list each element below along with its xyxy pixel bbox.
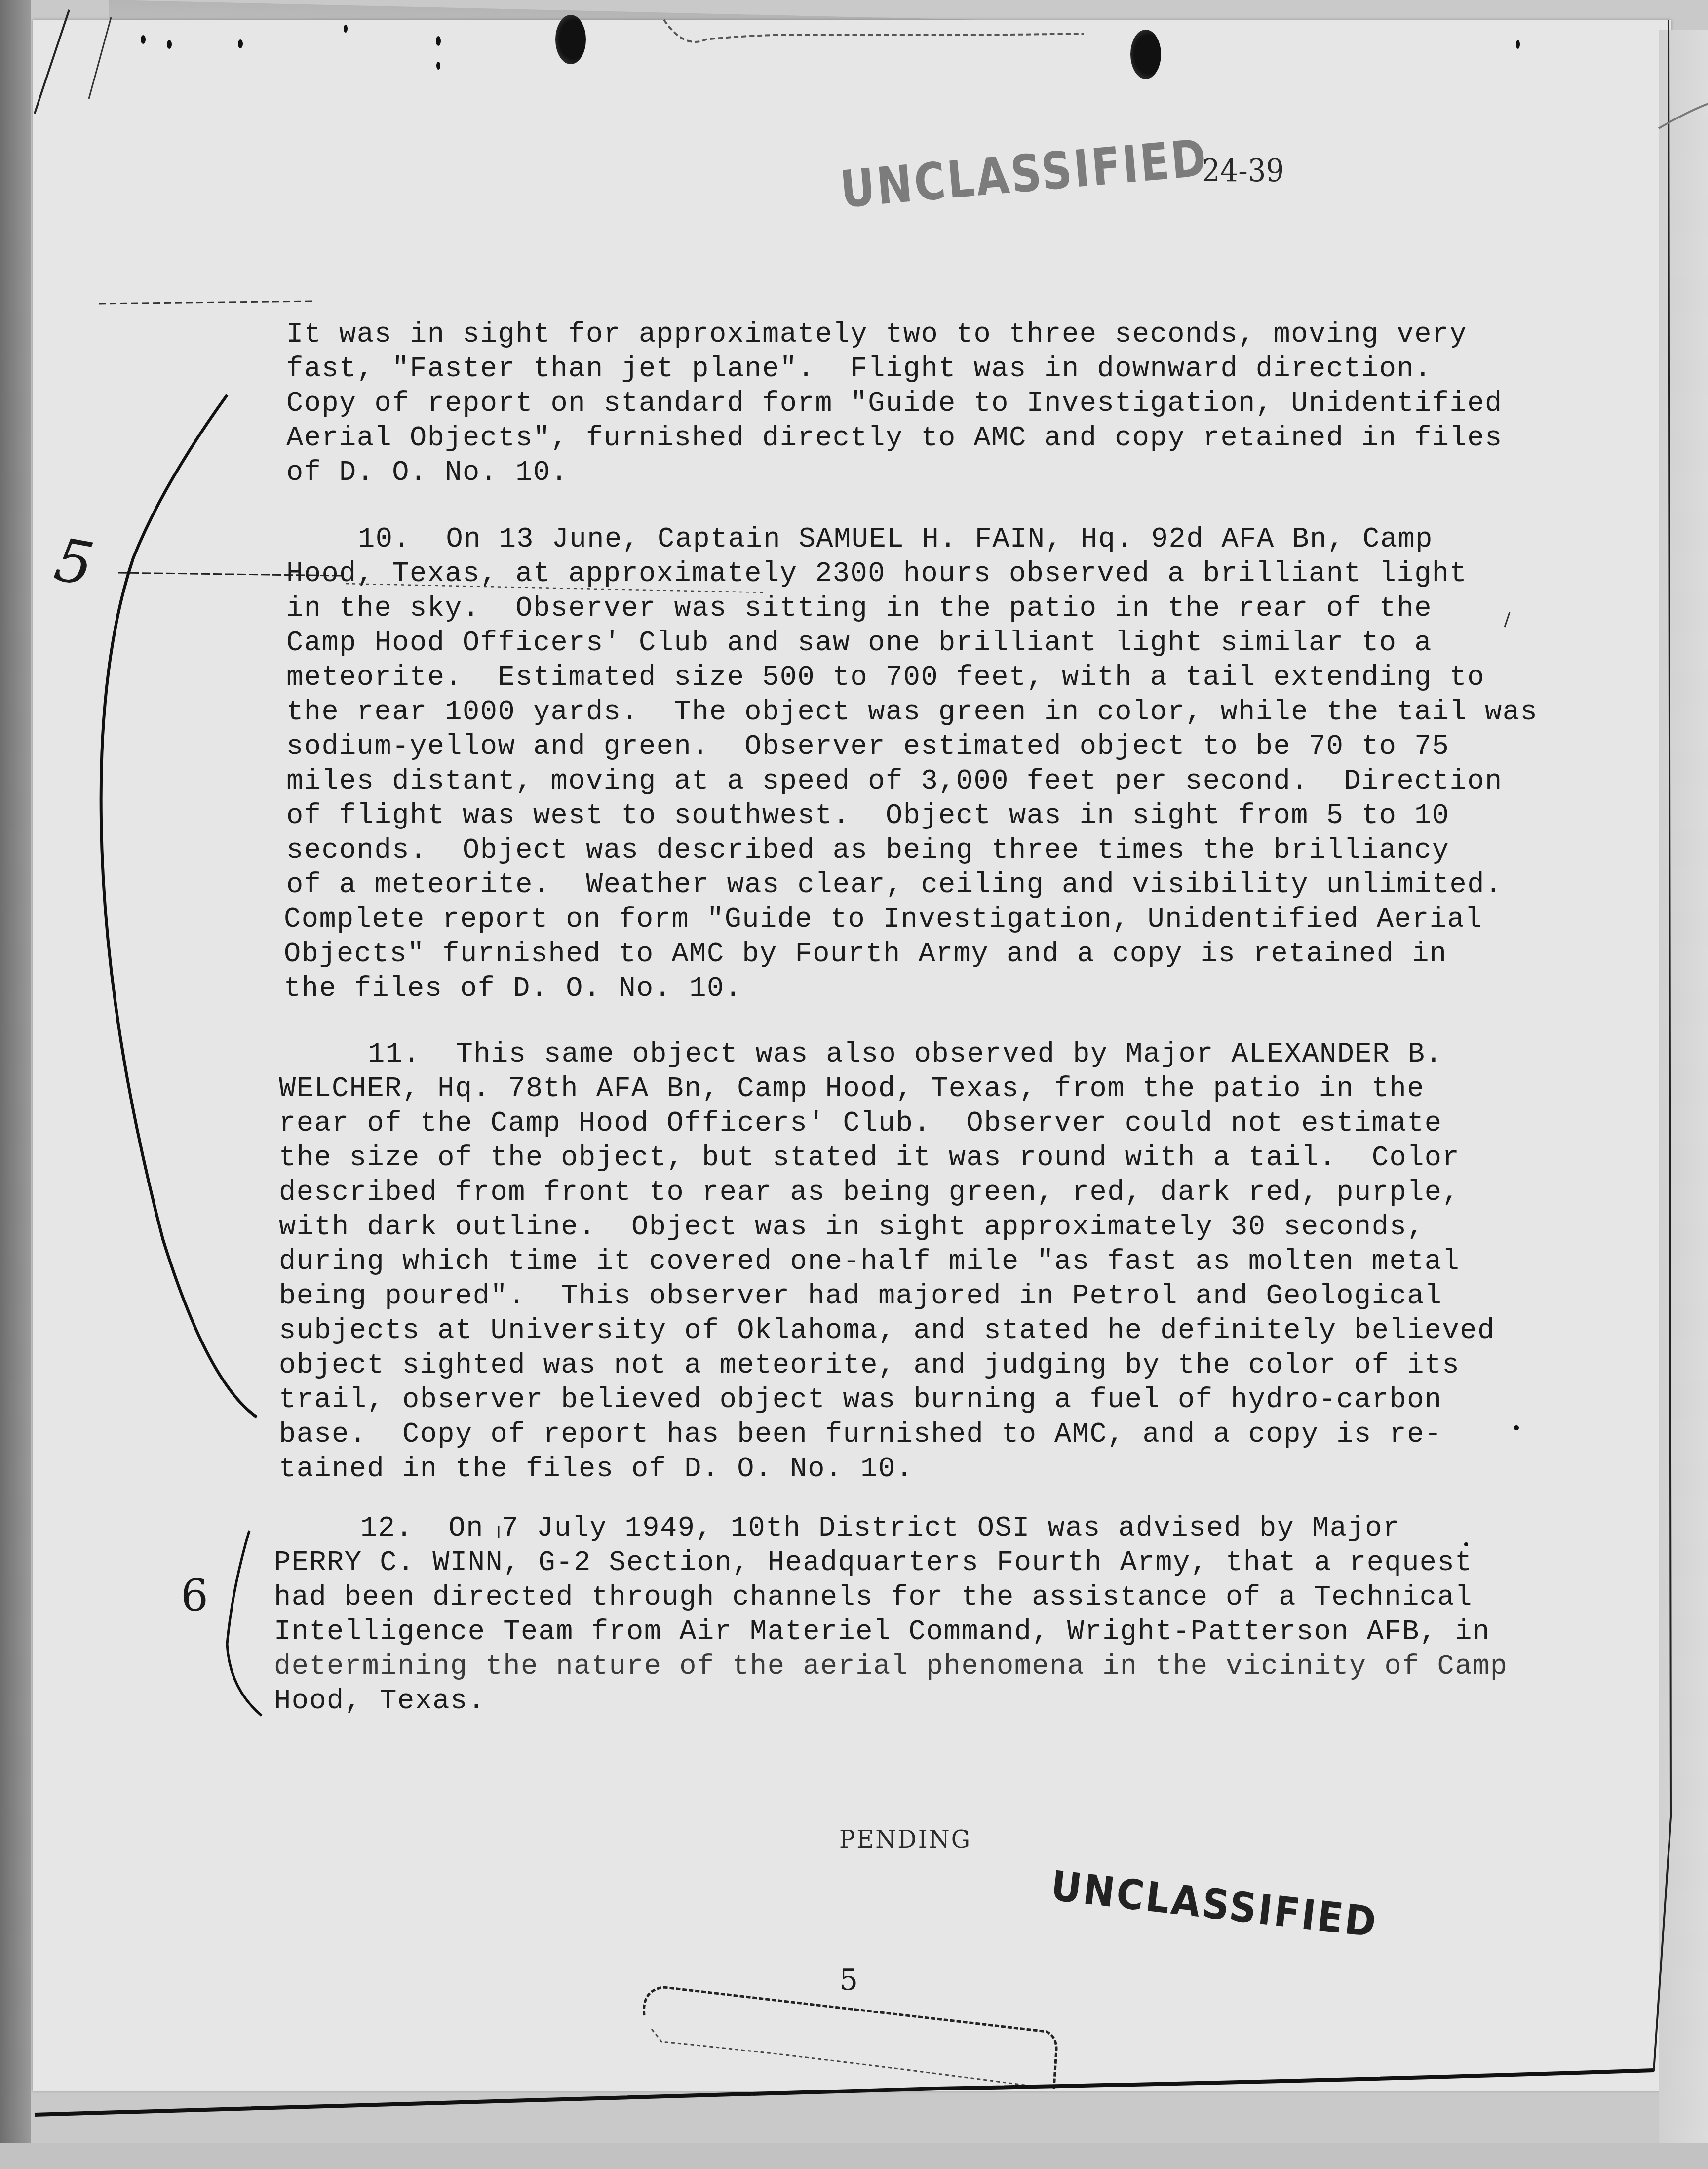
text-line: 11. This same object was also observed b… bbox=[368, 1041, 1443, 1069]
hole-punch-right bbox=[1130, 30, 1161, 79]
text-line: Camp Hood Officers' Club and saw one bri… bbox=[286, 630, 1432, 658]
text-line: of a meteorite. Weather was clear, ceili… bbox=[286, 871, 1503, 900]
text-line: subjects at University of Oklahoma, and … bbox=[279, 1317, 1495, 1345]
page-number: 5 bbox=[839, 1963, 858, 1997]
text-line: of D. O. No. 10. bbox=[286, 459, 568, 487]
hole-punch-left bbox=[555, 15, 586, 64]
text-line: fast, "Faster than jet plane". Flight wa… bbox=[286, 355, 1432, 384]
text-line: sodium-yellow and green. Observer estima… bbox=[286, 733, 1450, 761]
text-line: described from front to rear as being gr… bbox=[279, 1179, 1460, 1207]
scan-bottom-border bbox=[0, 2143, 1708, 2169]
text-line: tained in the files of D. O. No. 10. bbox=[279, 1456, 913, 1484]
text-line: the files of D. O. No. 10. bbox=[284, 975, 742, 1003]
text-line: seconds. Object was described as being t… bbox=[286, 837, 1450, 865]
scan-left-border bbox=[0, 0, 31, 2169]
text-line: Aerial Objects", furnished directly to A… bbox=[286, 425, 1503, 453]
text-line: meteorite. Estimated size 500 to 700 fee… bbox=[286, 664, 1485, 692]
text-line: during which time it covered one-half mi… bbox=[279, 1248, 1460, 1276]
text-line: Copy of report on standard form "Guide t… bbox=[286, 390, 1503, 418]
text-line: 12. On 7 July 1949, 10th District OSI wa… bbox=[360, 1515, 1400, 1543]
text-line: base. Copy of report has been furnished … bbox=[279, 1421, 1442, 1449]
text-line: Intelligence Team from Air Materiel Comm… bbox=[274, 1618, 1490, 1647]
text-line: It was in sight for approximately two to… bbox=[286, 321, 1467, 349]
page-right-edge bbox=[1659, 30, 1708, 2169]
text-line: object sighted was not a meteorite, and … bbox=[279, 1352, 1460, 1380]
text-line: Complete report on form "Guide to Invest… bbox=[284, 906, 1482, 934]
text-line: determining the nature of the aerial phe… bbox=[274, 1653, 1508, 1681]
text-line: the size of the object, but stated it wa… bbox=[279, 1144, 1460, 1173]
text-line: miles distant, moving at a speed of 3,00… bbox=[286, 768, 1503, 796]
text-line: had been directed through channels for t… bbox=[274, 1584, 1473, 1612]
text-line: rear of the Camp Hood Officers' Club. Ob… bbox=[279, 1110, 1442, 1138]
text-line: Hood, Texas, at approximately 2300 hours… bbox=[286, 560, 1467, 589]
text-line: Objects" furnished to AMC by Fourth Army… bbox=[284, 941, 1447, 969]
text-line: being poured". This observer had majored… bbox=[279, 1283, 1442, 1311]
text-line: in the sky. Observer was sitting in the … bbox=[286, 595, 1432, 623]
text-line: trail, observer believed object was burn… bbox=[279, 1386, 1442, 1415]
margin-annotation-6: 6 bbox=[181, 1570, 208, 1621]
text-line: WELCHER, Hq. 78th AFA Bn, Camp Hood, Tex… bbox=[279, 1075, 1425, 1104]
text-line: 10. On 13 June, Captain SAMUEL H. FAIN, … bbox=[358, 526, 1433, 554]
text-line: the rear 1000 yards. The object was gree… bbox=[286, 699, 1538, 727]
text-line: of flight was west to southwest. Object … bbox=[286, 802, 1450, 830]
status-pending: PENDING bbox=[839, 1826, 971, 1854]
document-number: 24-39 bbox=[1202, 153, 1284, 190]
text-line: PERRY C. WINN, G-2 Section, Headquarters… bbox=[274, 1549, 1473, 1577]
text-line: with dark outline. Object was in sight a… bbox=[279, 1214, 1425, 1242]
text-line: Hood, Texas. bbox=[274, 1688, 485, 1716]
